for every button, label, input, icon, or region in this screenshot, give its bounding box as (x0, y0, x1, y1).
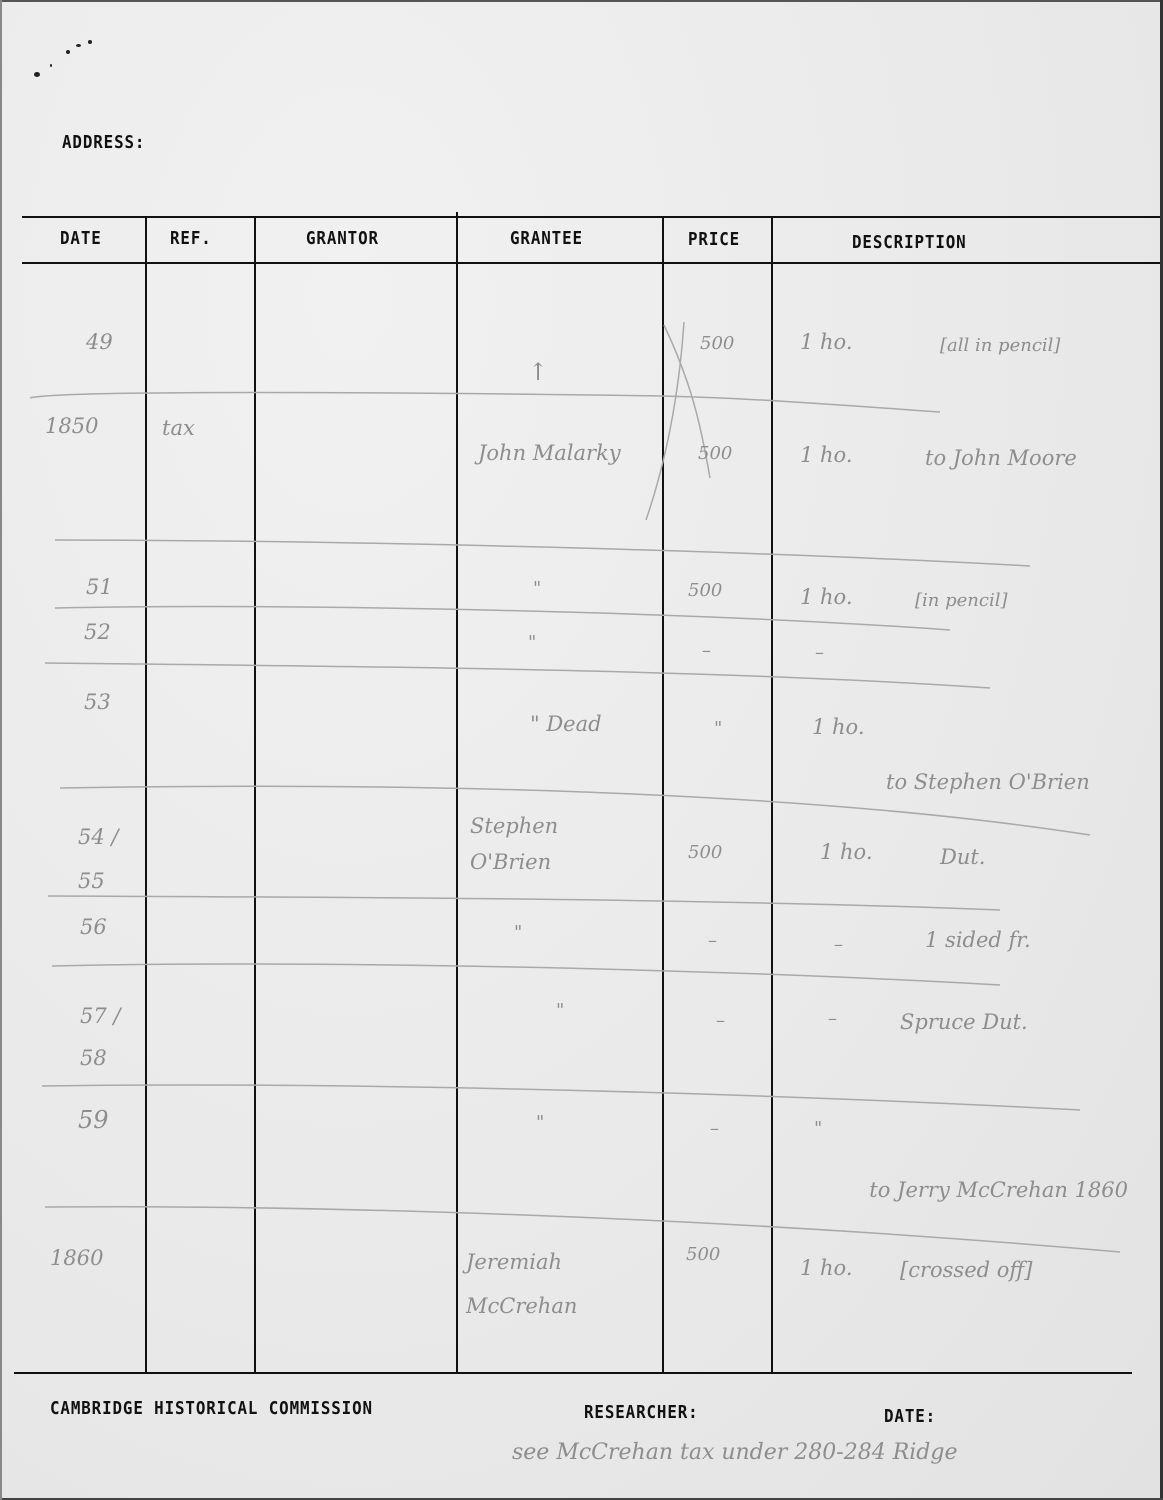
row-description: – (834, 934, 843, 955)
row-description: 1 ho. (820, 840, 873, 864)
row-description: – (828, 1008, 837, 1029)
row-grantee: " (533, 578, 541, 599)
footer-note: see McCrehan tax under 280-284 Ridge (512, 1440, 958, 1465)
row-note: 1 sided fr. (925, 928, 1031, 952)
row-note: to Jerry McCrehan 1860 (838, 1172, 1128, 1208)
row-grantee: Jeremiah McCrehan (466, 1240, 646, 1328)
row-price: 500 (688, 580, 722, 601)
row-note: [in pencil] (915, 590, 1007, 611)
row-date: 51 (86, 575, 113, 599)
organization-label: CAMBRIDGE HISTORICAL COMMISSION (50, 1398, 373, 1419)
row-grantee: " (556, 1000, 564, 1021)
row-description: 1 ho. (800, 1256, 853, 1280)
row-ref: tax (162, 416, 195, 440)
row-date: 57 / 58 (80, 995, 140, 1079)
row-date: 56 (80, 915, 107, 939)
row-grantee: " (536, 1112, 544, 1133)
row-grantee: Stephen O'Brien (470, 808, 640, 880)
row-grantee-arrow: ↑ (528, 358, 548, 386)
row-grantee: " (528, 632, 536, 653)
row-price: " (714, 718, 722, 739)
row-grantee: " (514, 922, 522, 943)
row-date: 59 (78, 1106, 109, 1134)
row-date: 1850 (45, 414, 98, 438)
row-description: – (815, 642, 824, 663)
row-description: 1 ho. (800, 585, 853, 609)
row-date: 52 (84, 620, 111, 644)
row-note: [crossed off] (900, 1258, 1032, 1282)
row-description: " (814, 1118, 822, 1139)
row-price: – (708, 930, 717, 951)
row-price: 500 (700, 333, 734, 354)
row-grantee: John Malarky (478, 432, 648, 474)
deed-record-form: ADDRESS: DATE REF. GRANTOR GRANTEE PRICE… (0, 0, 1163, 1500)
researcher-label: RESEARCHER: (584, 1402, 699, 1423)
row-date: 53 (84, 690, 111, 714)
row-price: 500 (686, 1244, 720, 1265)
row-date: 1860 (50, 1246, 103, 1270)
row-grantee: " Dead (530, 712, 602, 736)
row-date: 54 / 55 (78, 815, 138, 903)
row-price: 500 (688, 842, 722, 863)
row-price: – (710, 1118, 719, 1139)
row-price: – (702, 640, 711, 661)
row-note: [all in pencil] (940, 335, 1060, 356)
row-note: to Stephen O'Brien (886, 770, 1090, 794)
date-label: DATE: (884, 1406, 936, 1427)
row-date: 49 (86, 330, 113, 354)
row-description: 1 ho. (800, 330, 853, 354)
row-description: 1 ho. (812, 715, 865, 739)
row-note: Spruce Dut. (900, 1010, 1028, 1034)
row-description: 1 ho. (800, 443, 853, 467)
row-price: – (716, 1010, 725, 1031)
row-note: Dut. (940, 845, 985, 869)
row-price: 500 (698, 443, 732, 464)
row-note: to John Moore (925, 446, 1077, 470)
